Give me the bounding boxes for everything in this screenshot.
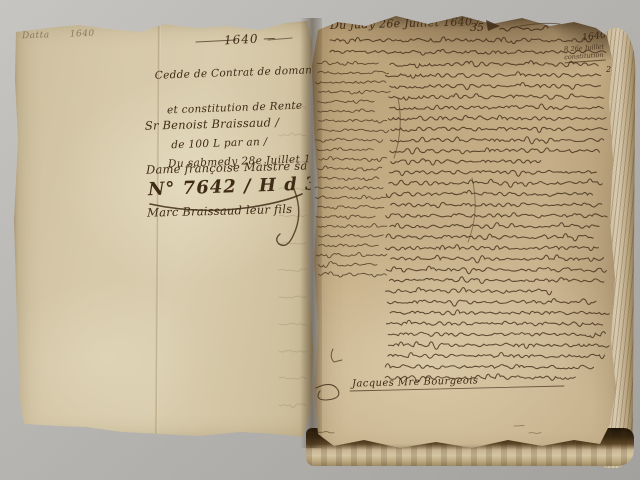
archive-corner-note: Datta 1640 (22, 30, 95, 42)
gutter-shadow (300, 18, 322, 448)
folded-document-cover: Datta 1640 1640 — Cedde de Contrat de do… (14, 20, 314, 442)
entry-header-date: Du judy 26e Juillet 1640 / (330, 16, 480, 31)
title-line: Cedde de Contrat de doman (155, 63, 313, 82)
register-right-page: Du judy 26e Juillet 1640 / 35 1640 R 26e… (312, 10, 626, 466)
photograph-background: Du judy 26e Juillet 1640 / 35 1640 R 26e… (0, 0, 640, 480)
corner-annotation-line: constitution (564, 51, 605, 62)
corner-year: 1640 (582, 31, 607, 43)
corner-annotation: R 26e Juillet constitution (563, 43, 605, 64)
entry-header-number: 35 (470, 22, 484, 33)
signature-line: Jacques Mre Bourgeois (352, 376, 479, 389)
